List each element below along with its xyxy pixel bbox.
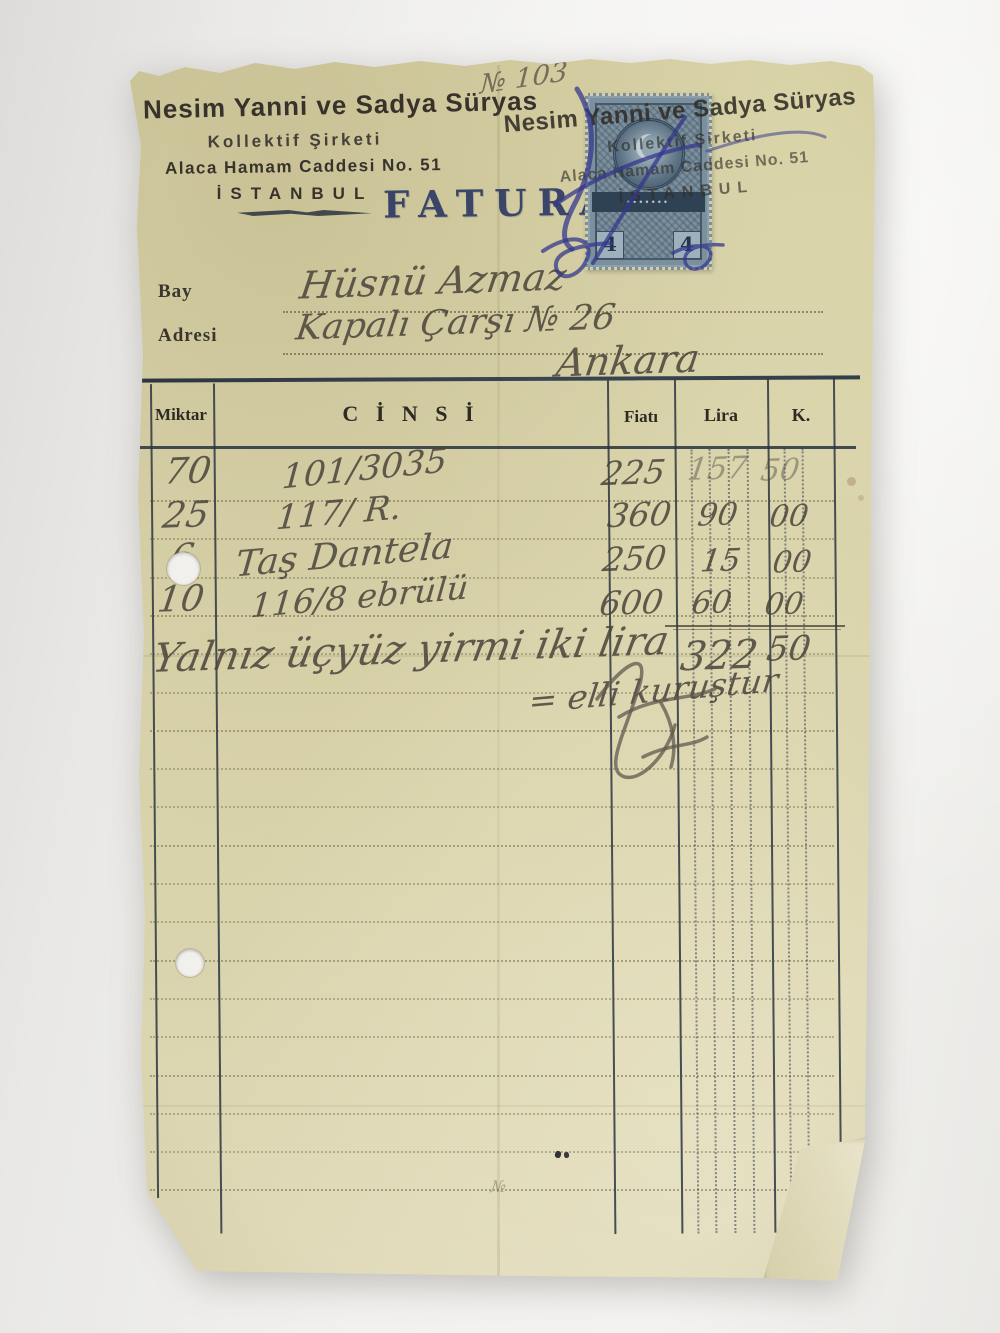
sum-rule-2 <box>673 629 841 630</box>
invoice-paper: Nesim Yanni ve Sadya Süryas Kollektif Şi… <box>125 55 880 1287</box>
row-1-miktar: 70 <box>162 450 214 493</box>
row-4-lira: 60 <box>689 584 734 621</box>
hole-punch-bottom <box>176 949 204 977</box>
row-2-miktar: 25 <box>160 494 212 537</box>
adresi-handwritten-city: Ankara <box>553 337 702 387</box>
table-ruled-row-line <box>150 845 834 847</box>
row-1-k: 50 <box>758 452 801 488</box>
table-ruled-row-line <box>150 960 834 962</box>
stamp-denomination-right: 4 <box>673 231 701 259</box>
row-3-lira: 15 <box>698 542 743 579</box>
table-ruled-row-line <box>150 921 834 923</box>
table-ruled-row-line <box>150 883 834 885</box>
row-4-k: 00 <box>762 586 805 622</box>
table-ruled-row-line <box>150 998 834 1000</box>
ink-speck-2 <box>564 1152 570 1159</box>
hole-punch-top <box>167 552 200 585</box>
row-3-k: 00 <box>770 544 813 580</box>
table-vertical-line <box>833 378 842 1232</box>
row-2-fiati: 360 <box>605 494 674 535</box>
ledger-sub-column-line <box>691 449 700 1233</box>
row-1-lira: 157 <box>685 450 750 488</box>
vertical-fold-crease <box>497 65 500 1277</box>
table-ruled-row-line <box>150 1036 834 1038</box>
table-ruled-row-line <box>150 1113 834 1115</box>
ledger-sub-column-line <box>747 449 756 1233</box>
table-ruled-row-line <box>150 730 834 732</box>
table-header-border <box>140 446 856 449</box>
table-ruled-row-line <box>150 538 834 540</box>
row-3-fiati: 250 <box>600 538 669 579</box>
table-ruled-row-line <box>150 1075 834 1077</box>
horizontal-fold-crease-lower <box>131 1105 870 1107</box>
stamp-denomination-left: 4 <box>596 231 624 259</box>
table-ruled-row-line <box>150 1151 834 1153</box>
table-ruled-row-line <box>150 806 834 808</box>
row-2-k: 00 <box>767 498 810 534</box>
row-1-fiati: 225 <box>599 452 668 493</box>
row-2-lira: 90 <box>695 496 740 533</box>
row-4-fiati: 600 <box>597 582 666 623</box>
sum-rule <box>665 625 845 627</box>
table-ruled-row-line <box>150 768 834 770</box>
